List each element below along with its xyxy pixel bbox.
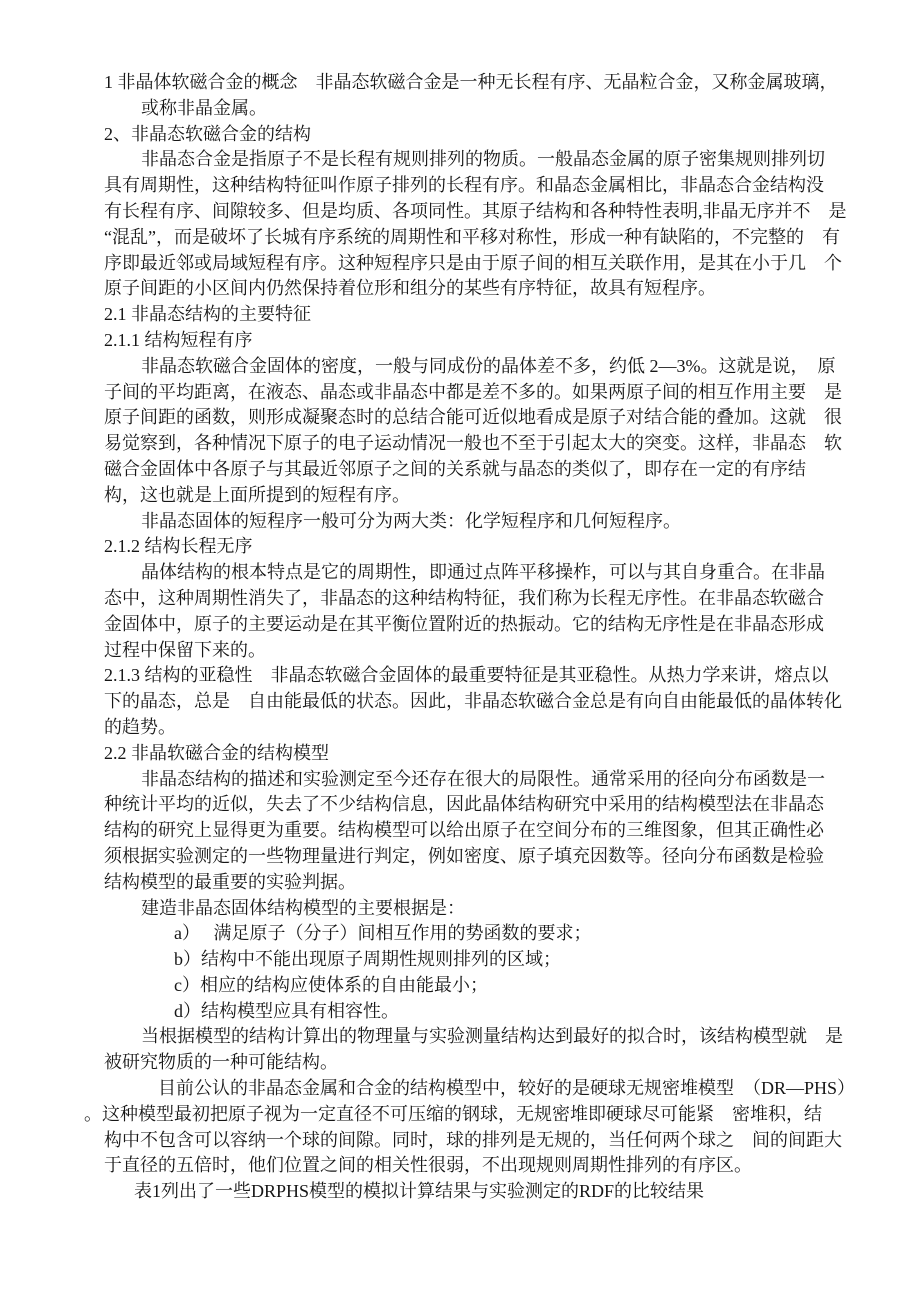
text-line: 子间的平均距离，在液态、晶态或非晶态中都是差不多的。如果两原子间的相互作用主要 … (104, 380, 894, 406)
text-line: 建造非晶态固体结构模型的主要根据是： (104, 896, 894, 922)
document-page: 1 非晶体软磁合金的概念 非晶态软磁合金是一种无长程有序、无晶粒合金，又称金属玻… (0, 0, 920, 1301)
text-line: 表1列出了一些DRPHS模型的模拟计算结果与实验测定的RDF的比较结果 (104, 1179, 894, 1205)
text-line: 非晶态固体的短程序一般可分为两大类：化学短程序和几何短程序。 (104, 509, 894, 535)
text-line: 过程中保留下来的。 (104, 638, 894, 664)
text-line: 或称非晶金属。 (104, 96, 894, 122)
text-line: 具有周期性，这种结构特征叫作原子排列的长程有序。和晶态金属相比，非晶态合金结构没 (104, 173, 894, 199)
text-line: 原子间距的函数，则形成凝聚态时的总结合能可近似地看成是原子对结合能的叠加。这就 … (104, 405, 894, 431)
text-line: 态中，这种周期性消失了，非晶态的这种结构特征，我们称为长程无序性。在非晶态软磁合 (104, 586, 894, 612)
text-line: 金固体中，原子的主要运动是在其平衡位置附近的热振动。它的结构无序性是在非晶态形成 (104, 612, 894, 638)
text-line: 2.1.1 结构短程有序 (104, 328, 894, 354)
text-line: 的趋势。 (104, 715, 894, 741)
text-line: 非晶态软磁合金固体的密度，一般与同成份的晶体差不多，约低 2—3%。这就是说， … (104, 354, 894, 380)
text-line: 非晶态合金是指原子不是长程有规则排列的物质。一般晶态金属的原子密集规则排列切 (104, 147, 894, 173)
text-line: 2.2 非晶软磁合金的结构模型 (104, 741, 894, 767)
text-line: 磁合金固体中各原子与其最近邻原子之间的关系就与晶态的类似了，即存在一定的有序结 (104, 457, 894, 483)
text-line: 须根据实验测定的一些物理量进行判定，例如密度、原子填充因数等。径向分布函数是检验 (104, 844, 894, 870)
text-line: 结构的研究上显得更为重要。结构模型可以给出原子在空间分布的三维图象，但其正确性必 (104, 818, 894, 844)
document-body: 1 非晶体软磁合金的概念 非晶态软磁合金是一种无长程有序、无晶粒合金，又称金属玻… (104, 70, 894, 1205)
text-line: c）相应的结构应使体系的自由能最小； (104, 973, 894, 999)
text-line: d）结构模型应具有相容性。 (104, 999, 894, 1025)
text-line: 结构模型的最重要的实验判据。 (104, 870, 894, 896)
text-line: “混乱”，而是破坏了长城有序系统的周期性和平移对称性，形成一种有缺陷的，不完整的… (104, 225, 894, 251)
text-line: 构，这也就是上面所提到的短程有序。 (104, 483, 894, 509)
text-line: 1 非晶体软磁合金的概念 非晶态软磁合金是一种无长程有序、无晶粒合金，又称金属玻… (104, 70, 894, 96)
text-line: 2.1.3 结构的亚稳性 非晶态软磁合金固体的最重要特征是其亚稳性。从热力学来讲… (104, 663, 894, 689)
text-line: 非晶态结构的描述和实验测定至今还存在很大的局限性。通常采用的径向分布函数是一 (104, 767, 894, 793)
text-line: 构中不包含可以容纳一个球的间隙。同时，球的排列是无规的，当任何两个球之 间的间距… (104, 1128, 894, 1154)
text-line: 当根据模型的结构计算出的物理量与实验测量结构达到最好的拟合时，该结构模型就 是 (104, 1024, 894, 1050)
text-line: 易觉察到，各种情况下原子的电子运动情况一般也不至于引起太大的突变。这样，非晶态 … (104, 431, 894, 457)
text-line: 2、非晶态软磁合金的结构 (104, 122, 894, 148)
text-line: 2.1.2 结构长程无序 (104, 534, 894, 560)
text-line: 被研究物质的一种可能结构。 (104, 1050, 894, 1076)
text-line: 于直径的五倍时，他们位置之间的相关性很弱，不出现规则周期性排列的有序区。 (104, 1153, 894, 1179)
text-line: 晶体结构的根本特点是它的周期性，即通过点阵平移操柞，可以与其自身重合。在非晶 (104, 560, 894, 586)
text-line: b）结构中不能出现原子周期性规则排列的区域； (104, 947, 894, 973)
text-line: 原子间距的小区间内仍然保持着位形和组分的某些有序特征，故具有短程序。 (104, 276, 894, 302)
text-line: 序即最近邻或局域短程有序。这种短程序只是由于原子间的相互关联作用，是其在小于几 … (104, 251, 894, 277)
text-line: 。这种模型最初把原子视为一定直径不可压缩的钢球，无规密堆即硬球尽可能紧 密堆积，… (84, 1102, 894, 1128)
text-line: 种统计平均的近似，失去了不少结构信息，因此晶体结构研究中采用的结构模型法在非晶态 (104, 792, 894, 818)
text-line: a） 满足原子（分子）间相互作用的势函数的要求； (104, 921, 894, 947)
text-line: 有长程有序、间隙较多、但是均质、各项同性。其原子结构和各种特性表明,非晶无序并不… (104, 199, 894, 225)
text-line: 2.1 非晶态结构的主要特征 (104, 302, 894, 328)
text-line: 下的晶态，总是 自由能最低的状态。因此，非晶态软磁合金总是有向自由能最低的晶体转… (104, 689, 894, 715)
text-line: 目前公认的非晶态金属和合金的结构模型中，较好的是硬球无规密堆模型 （DR—PHS… (104, 1076, 894, 1102)
